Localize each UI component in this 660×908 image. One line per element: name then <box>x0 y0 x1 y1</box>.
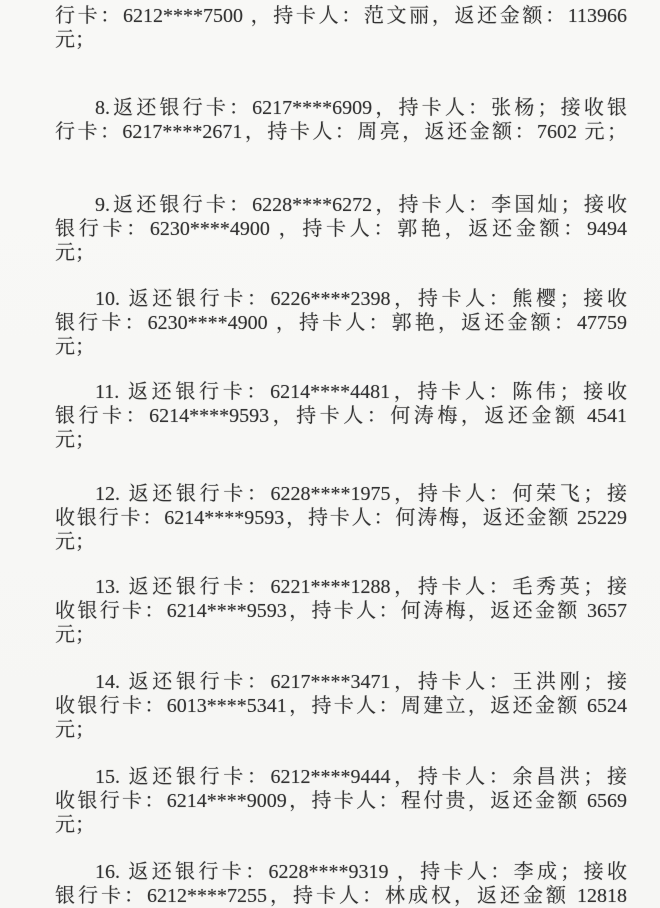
text-line: 银行卡：6214****9593，持卡人：何涛梅，返还金额 4541 <box>55 404 627 428</box>
item-9-paragraph: 9.返还银行卡：6228****6272，持卡人：李国灿；接收 银行卡：6230… <box>55 193 627 265</box>
text-line: 元； <box>55 428 627 452</box>
item-15-paragraph: 15. 返还银行卡：6212****9444，持卡人：余昌洪；接 收银行卡：62… <box>55 765 627 837</box>
text-line: 元； <box>55 813 627 837</box>
scanned-court-document-page: 行卡：6212****7500 ，持卡人：范文丽，返还金额：113966 元； … <box>0 0 660 908</box>
text-line: 16. 返还银行卡：6228****9319 ，持卡人：李成；接收 <box>55 860 627 884</box>
text-line: 8.返还银行卡：6217****6909，持卡人：张杨；接收银 <box>55 96 627 120</box>
text-line: 银行卡：6230****4900 ，持卡人：郭艳，返还金额：47759 <box>55 311 627 335</box>
text-line: 行卡：6212****7500 ，持卡人：范文丽，返还金额：113966 <box>55 4 627 28</box>
item-11-paragraph: 11. 返还银行卡：6214****4481，持卡人：陈伟；接收 银行卡：621… <box>55 380 627 452</box>
text-line: 9.返还银行卡：6228****6272，持卡人：李国灿；接收 <box>55 193 627 217</box>
text-line: 元； <box>55 718 627 742</box>
text-line: 元； <box>55 623 627 647</box>
item-7-continuation-paragraph: 行卡：6212****7500 ，持卡人：范文丽，返还金额：113966 元； <box>55 4 627 52</box>
text-line: 银行卡：6212****7255，持卡人：林成权，返还金额 12818 <box>55 884 627 908</box>
text-line: 10. 返还银行卡：6226****2398，持卡人：熊樱；接收 <box>55 287 627 311</box>
text-line: 元； <box>55 335 627 359</box>
item-16-paragraph: 16. 返还银行卡：6228****9319 ，持卡人：李成；接收 银行卡：62… <box>55 860 627 908</box>
item-8-paragraph: 8.返还银行卡：6217****6909，持卡人：张杨；接收银 行卡：6217*… <box>55 96 627 144</box>
text-line: 14. 返还银行卡：6217****3471，持卡人：王洪刚；接 <box>55 670 627 694</box>
text-line: 12. 返还银行卡：6228****1975，持卡人：何荣飞；接 <box>55 482 627 506</box>
text-line: 收银行卡：6214****9009，持卡人：程付贵，返还金额 6569 <box>55 789 627 813</box>
item-14-paragraph: 14. 返还银行卡：6217****3471，持卡人：王洪刚；接 收银行卡：60… <box>55 670 627 742</box>
text-line: 元； <box>55 28 627 52</box>
text-line: 元； <box>55 241 627 265</box>
text-line: 13. 返还银行卡：6221****1288，持卡人：毛秀英；接 <box>55 575 627 599</box>
text-line: 行卡：6217****2671，持卡人：周亮，返还金额：7602 元； <box>55 120 627 144</box>
item-13-paragraph: 13. 返还银行卡：6221****1288，持卡人：毛秀英；接 收银行卡：62… <box>55 575 627 647</box>
text-line: 收银行卡：6013****5341，持卡人：周建立，返还金额 6524 <box>55 694 627 718</box>
item-12-paragraph: 12. 返还银行卡：6228****1975，持卡人：何荣飞；接 收银行卡：62… <box>55 482 627 554</box>
text-line: 银行卡：6230****4900 ，持卡人：郭艳，返还金额：9494 <box>55 217 627 241</box>
text-line: 11. 返还银行卡：6214****4481，持卡人：陈伟；接收 <box>55 380 627 404</box>
item-10-paragraph: 10. 返还银行卡：6226****2398，持卡人：熊樱；接收 银行卡：623… <box>55 287 627 359</box>
text-line: 元； <box>55 530 627 554</box>
text-line: 收银行卡：6214****9593，持卡人：何涛梅，返还金额 3657 <box>55 599 627 623</box>
text-line: 15. 返还银行卡：6212****9444，持卡人：余昌洪；接 <box>55 765 627 789</box>
text-line: 收银行卡：6214****9593，持卡人：何涛梅，返还金额 25229 <box>55 506 627 530</box>
